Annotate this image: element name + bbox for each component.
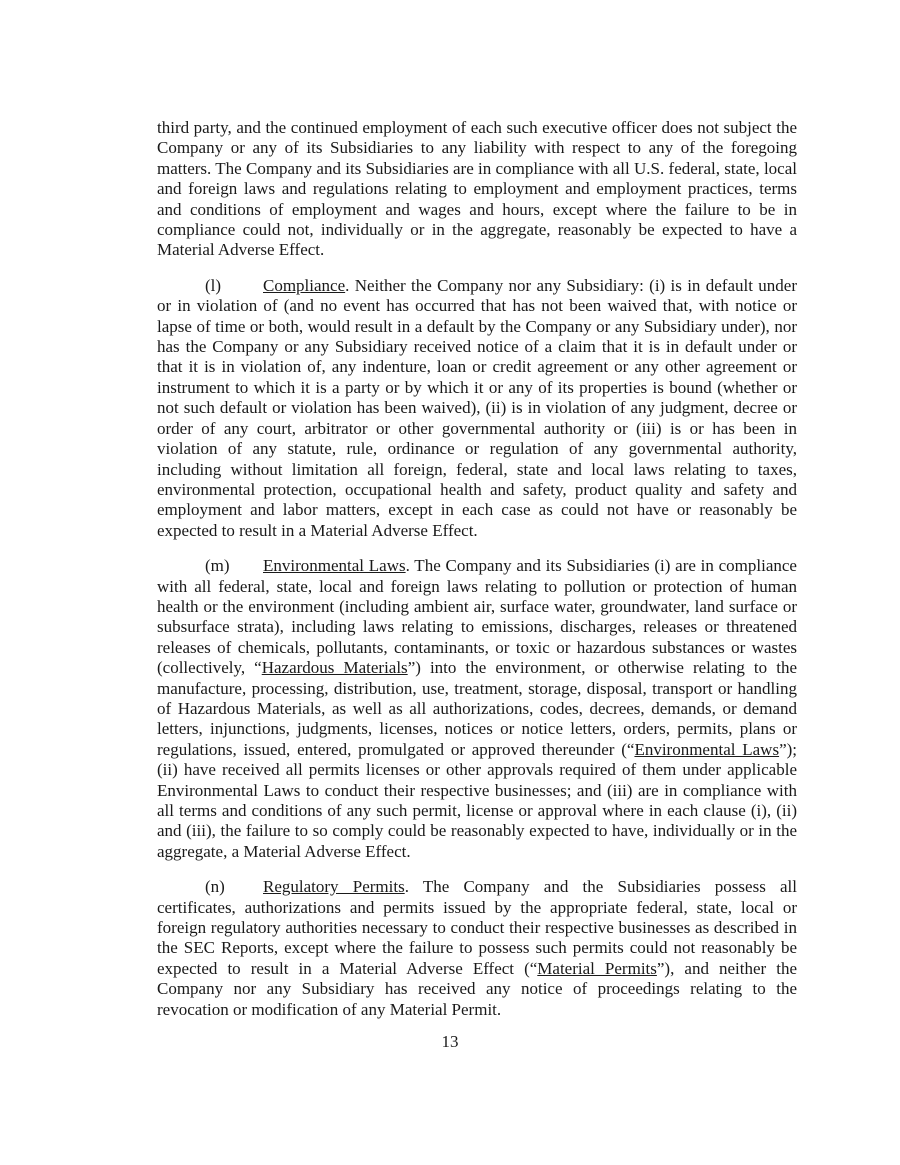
- section-l-paragraph: (l)Compliance. Neither the Company nor a…: [157, 276, 797, 541]
- section-m-paragraph: (m)Environmental Laws. The Company and i…: [157, 556, 797, 862]
- document-page: third party, and the continued employmen…: [0, 0, 900, 1165]
- document-body: third party, and the continued employmen…: [0, 0, 900, 1020]
- section-l-label: (l): [205, 276, 263, 296]
- section-l-body: . Neither the Company nor any Subsidiary…: [157, 276, 797, 540]
- page-number: 13: [0, 1032, 900, 1052]
- section-l-heading: Compliance: [263, 276, 345, 295]
- section-m-heading: Environmental Laws: [263, 556, 406, 575]
- section-n-label: (n): [205, 877, 263, 897]
- defined-term-material-permits: Material Permits: [537, 959, 657, 978]
- defined-term-hazardous-materials: Hazardous Materials: [262, 658, 408, 677]
- section-m-label: (m): [205, 556, 263, 576]
- defined-term-environmental-laws: Environmental Laws: [634, 740, 779, 759]
- section-n-paragraph: (n)Regulatory Permits. The Company and t…: [157, 877, 797, 1020]
- section-n-heading: Regulatory Permits: [263, 877, 405, 896]
- intro-paragraph: third party, and the continued employmen…: [157, 118, 797, 261]
